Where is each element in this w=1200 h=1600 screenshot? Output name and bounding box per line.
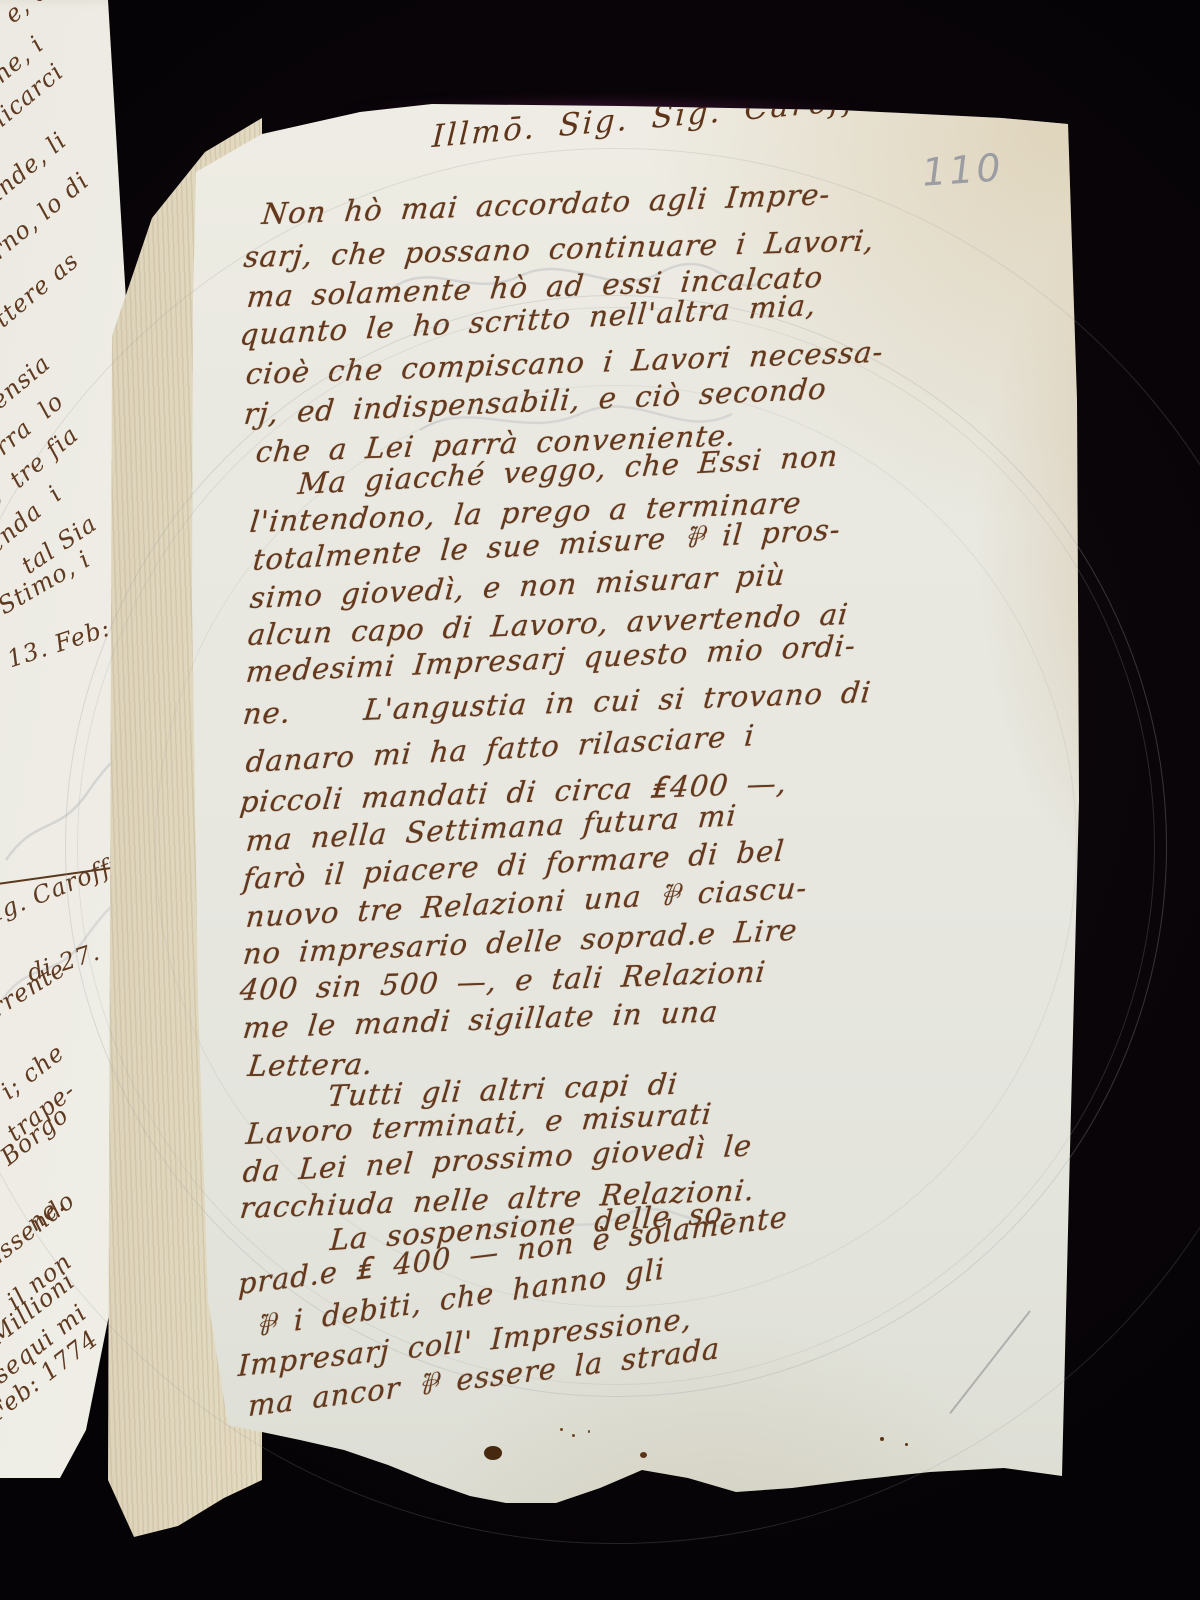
ink-blot bbox=[905, 1443, 908, 1446]
ink-blot bbox=[484, 1446, 502, 1460]
ink-blot bbox=[880, 1437, 884, 1441]
ink-blot bbox=[640, 1452, 647, 1458]
ink-blot bbox=[560, 1428, 563, 1431]
manuscript-photo: e, cosi ne, i plicarci ande, li orno, lo… bbox=[0, 0, 1200, 1600]
manuscript-line: Lettera. bbox=[246, 1050, 375, 1081]
page-number: 110 bbox=[921, 145, 1005, 195]
ink-blot bbox=[572, 1434, 575, 1437]
ink-blot bbox=[588, 1430, 590, 1433]
